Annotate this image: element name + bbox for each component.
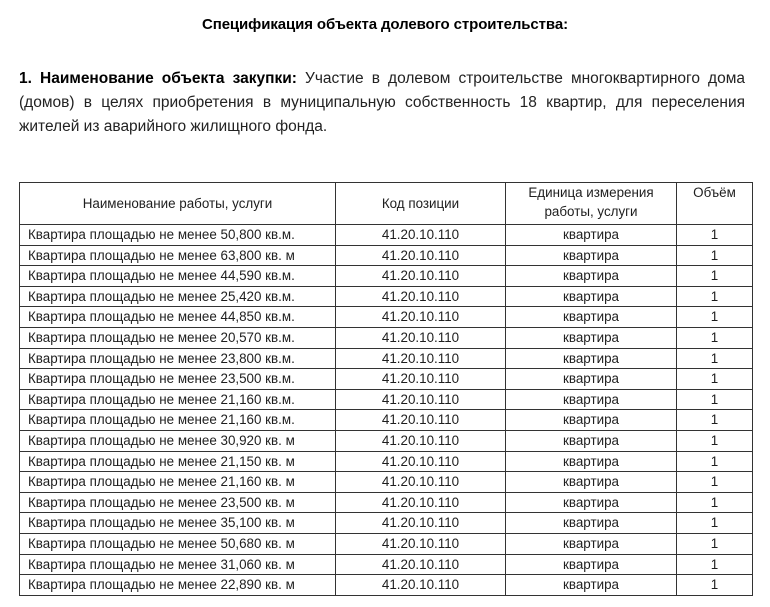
cell-name: Квартира площадью не менее 23,500 кв. м <box>20 492 336 513</box>
table-row: Квартира площадью не менее 21,150 кв. м4… <box>20 451 753 472</box>
header-volume: Объём <box>677 183 753 225</box>
cell-unit: квартира <box>506 286 677 307</box>
cell-name: Квартира площадью не менее 50,680 кв. м <box>20 533 336 554</box>
procurement-object-paragraph: 1. Наименование объекта закупки: Участие… <box>19 67 745 139</box>
table-row: Квартира площадью не менее 44,850 кв.м.4… <box>20 307 753 328</box>
cell-name: Квартира площадью не менее 22,890 кв. м <box>20 575 336 596</box>
table-row: Квартира площадью не менее 23,800 кв.м.4… <box>20 348 753 369</box>
cell-volume: 1 <box>677 472 753 493</box>
header-unit: Единица измерения работы, услуги <box>506 183 677 225</box>
cell-volume: 1 <box>677 327 753 348</box>
cell-name: Квартира площадью не менее 20,570 кв.м. <box>20 327 336 348</box>
cell-unit: квартира <box>506 389 677 410</box>
cell-volume: 1 <box>677 513 753 534</box>
cell-volume: 1 <box>677 245 753 266</box>
cell-volume: 1 <box>677 307 753 328</box>
cell-unit: квартира <box>506 369 677 390</box>
cell-code: 41.20.10.110 <box>336 430 506 451</box>
header-code: Код позиции <box>336 183 506 225</box>
cell-unit: квартира <box>506 307 677 328</box>
cell-code: 41.20.10.110 <box>336 533 506 554</box>
table-row: Квартира площадью не менее 35,100 кв. м4… <box>20 513 753 534</box>
cell-code: 41.20.10.110 <box>336 225 506 246</box>
cell-code: 41.20.10.110 <box>336 327 506 348</box>
cell-code: 41.20.10.110 <box>336 472 506 493</box>
cell-volume: 1 <box>677 266 753 287</box>
table-row: Квартира площадью не менее 23,500 кв.м.4… <box>20 369 753 390</box>
specification-table: Наименование работы, услуги Код позиции … <box>19 182 753 596</box>
cell-volume: 1 <box>677 369 753 390</box>
document-title: Спецификация объекта долевого строительс… <box>0 16 770 33</box>
table-row: Квартира площадью не менее 50,800 кв.м.4… <box>20 225 753 246</box>
cell-volume: 1 <box>677 225 753 246</box>
cell-code: 41.20.10.110 <box>336 451 506 472</box>
cell-unit: квартира <box>506 327 677 348</box>
cell-volume: 1 <box>677 286 753 307</box>
table-row: Квартира площадью не менее 20,570 кв.м.4… <box>20 327 753 348</box>
cell-code: 41.20.10.110 <box>336 369 506 390</box>
cell-name: Квартира площадью не менее 21,160 кв.м. <box>20 410 336 431</box>
cell-code: 41.20.10.110 <box>336 492 506 513</box>
cell-code: 41.20.10.110 <box>336 575 506 596</box>
table-row: Квартира площадью не менее 63,800 кв. м4… <box>20 245 753 266</box>
cell-code: 41.20.10.110 <box>336 307 506 328</box>
cell-unit: квартира <box>506 554 677 575</box>
table-row: Квартира площадью не менее 50,680 кв. м4… <box>20 533 753 554</box>
cell-name: Квартира площадью не менее 23,500 кв.м. <box>20 369 336 390</box>
cell-unit: квартира <box>506 348 677 369</box>
cell-name: Квартира площадью не менее 44,590 кв.м. <box>20 266 336 287</box>
cell-volume: 1 <box>677 410 753 431</box>
cell-name: Квартира площадью не менее 63,800 кв. м <box>20 245 336 266</box>
table-row: Квартира площадью не менее 21,160 кв.м.4… <box>20 389 753 410</box>
table-row: Квартира площадью не менее 21,160 кв.м.4… <box>20 410 753 431</box>
cell-volume: 1 <box>677 389 753 410</box>
cell-code: 41.20.10.110 <box>336 266 506 287</box>
cell-volume: 1 <box>677 451 753 472</box>
cell-volume: 1 <box>677 430 753 451</box>
cell-unit: квартира <box>506 575 677 596</box>
cell-unit: квартира <box>506 451 677 472</box>
cell-code: 41.20.10.110 <box>336 389 506 410</box>
cell-unit: квартира <box>506 513 677 534</box>
cell-name: Квартира площадью не менее 21,160 кв.м. <box>20 389 336 410</box>
cell-volume: 1 <box>677 348 753 369</box>
cell-volume: 1 <box>677 575 753 596</box>
cell-code: 41.20.10.110 <box>336 410 506 431</box>
cell-code: 41.20.10.110 <box>336 245 506 266</box>
cell-name: Квартира площадью не менее 31,060 кв. м <box>20 554 336 575</box>
table-row: Квартира площадью не менее 23,500 кв. м4… <box>20 492 753 513</box>
cell-name: Квартира площадью не менее 44,850 кв.м. <box>20 307 336 328</box>
cell-unit: квартира <box>506 430 677 451</box>
cell-unit: квартира <box>506 225 677 246</box>
section-lead: 1. Наименование объекта закупки: <box>19 70 297 87</box>
cell-code: 41.20.10.110 <box>336 286 506 307</box>
table-row: Квартира площадью не менее 25,420 кв.м.4… <box>20 286 753 307</box>
cell-name: Квартира площадью не менее 35,100 кв. м <box>20 513 336 534</box>
cell-volume: 1 <box>677 533 753 554</box>
cell-name: Квартира площадью не менее 21,150 кв. м <box>20 451 336 472</box>
cell-name: Квартира площадью не менее 50,800 кв.м. <box>20 225 336 246</box>
cell-code: 41.20.10.110 <box>336 348 506 369</box>
table-row: Квартира площадью не менее 22,890 кв. м4… <box>20 575 753 596</box>
cell-volume: 1 <box>677 554 753 575</box>
cell-unit: квартира <box>506 245 677 266</box>
header-name: Наименование работы, услуги <box>20 183 336 225</box>
cell-unit: квартира <box>506 266 677 287</box>
table-row: Квартира площадью не менее 44,590 кв.м.4… <box>20 266 753 287</box>
cell-code: 41.20.10.110 <box>336 513 506 534</box>
table-header-row: Наименование работы, услуги Код позиции … <box>20 183 753 225</box>
cell-unit: квартира <box>506 492 677 513</box>
table-row: Квартира площадью не менее 30,920 кв. м4… <box>20 430 753 451</box>
table-row: Квартира площадью не менее 31,060 кв. м4… <box>20 554 753 575</box>
cell-code: 41.20.10.110 <box>336 554 506 575</box>
cell-name: Квартира площадью не менее 25,420 кв.м. <box>20 286 336 307</box>
cell-unit: квартира <box>506 472 677 493</box>
cell-volume: 1 <box>677 492 753 513</box>
cell-name: Квартира площадью не менее 23,800 кв.м. <box>20 348 336 369</box>
cell-name: Квартира площадью не менее 30,920 кв. м <box>20 430 336 451</box>
cell-name: Квартира площадью не менее 21,160 кв. м <box>20 472 336 493</box>
cell-unit: квартира <box>506 533 677 554</box>
table-row: Квартира площадью не менее 21,160 кв. м4… <box>20 472 753 493</box>
table-body: Квартира площадью не менее 50,800 кв.м.4… <box>20 225 753 596</box>
cell-unit: квартира <box>506 410 677 431</box>
